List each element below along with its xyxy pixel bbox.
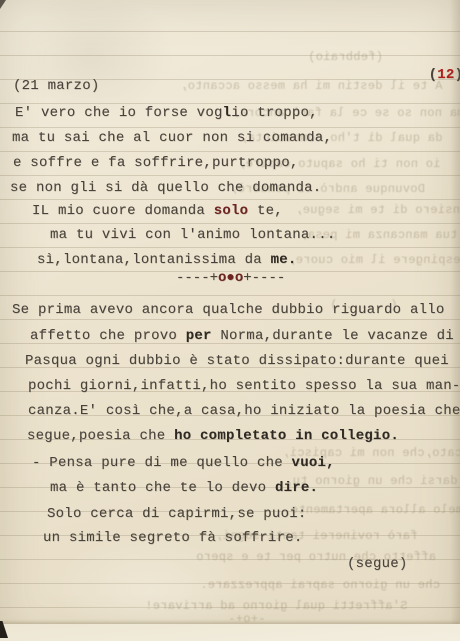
typed-line: se non gli si dà quello che domanda.	[10, 180, 321, 196]
bleedthrough-line: dimmelo allora apertamente,	[283, 503, 460, 517]
scan-edge-shading	[450, 0, 460, 641]
bleedthrough-line: che un giorno saprai apprezzare.	[200, 578, 440, 592]
typed-line: ma tu sai che al cuor non si comanda,	[12, 130, 332, 146]
typed-line: ma è tanto che te lo devo dire.	[50, 480, 318, 496]
typed-line: un simile segreto fà soffrire.	[43, 530, 303, 546]
typed-line: segue,poesia che ho completato in colleg…	[27, 428, 399, 444]
typed-line: Se prima avevo ancora qualche dubbio rig…	[12, 302, 445, 318]
scan-dark-corner-top-left	[0, 0, 6, 9]
page-number-paren-open: (	[429, 67, 438, 83]
paper-bottom-edge	[0, 624, 460, 641]
bleedthrough-line: Il pensiero di te mi segue,	[295, 203, 460, 217]
typed-line: ma tu vivi con l'animo lontana...	[50, 227, 336, 243]
date-line: (21 marzo)	[13, 78, 100, 94]
typewritten-page-scan: (febbraio) A te il destin mi ha messo ac…	[0, 0, 460, 641]
segue-line: (segue)	[347, 556, 408, 572]
typed-line: pochi giorni,infatti,ho sentito spesso l…	[28, 378, 460, 394]
bleedthrough-line: Non respingere il mio cuore,	[288, 253, 460, 267]
typed-line: IL mio cuore domanda solo te,	[32, 203, 283, 219]
typed-line: Solo cerca di capirmi,se puoi:	[47, 506, 307, 522]
bleedthrough-line: (febbraio)	[308, 50, 383, 64]
typed-line: sì,lontana,lontanissima da me.	[37, 252, 297, 268]
bleedthrough-line: S'affretti qual giorno ad arrivare!	[145, 599, 408, 613]
typed-line: affetto che provo per Norma,durante le v…	[30, 328, 454, 344]
typed-line: Pasqua ogni dubbio è stato dissipato:dur…	[25, 353, 449, 369]
typed-line: E' vero che io forse voglio troppo,	[15, 105, 318, 121]
typed-line: - Pensa pure di me quello che vuoi,	[32, 455, 335, 471]
divider-ornament: ----+o●o+----	[176, 270, 285, 286]
typed-line: e soffre e fa soffrire,purtroppo,	[13, 155, 299, 171]
typed-line: canza.E' così che,a casa,ho iniziato la …	[28, 403, 460, 419]
